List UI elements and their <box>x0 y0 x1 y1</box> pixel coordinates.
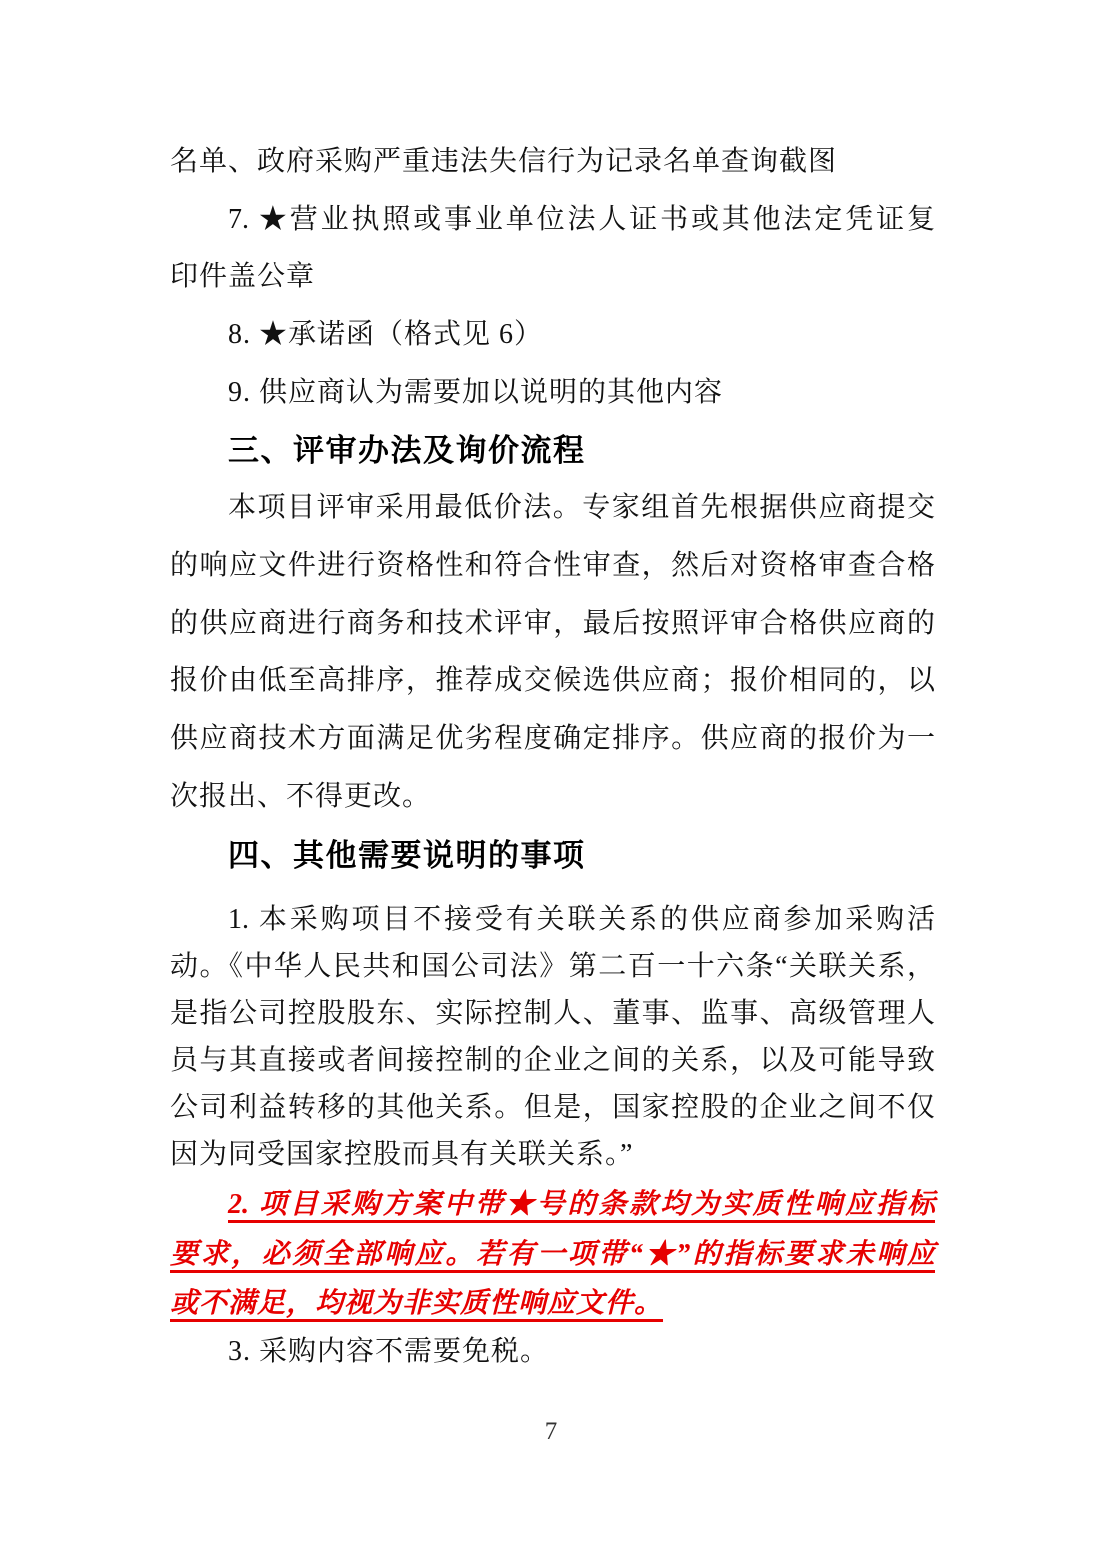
eval-paragraph-line-3: 的供应商进行商务和技术评审，最后按照评审合格供应商的 <box>170 607 935 640</box>
eval-paragraph-line-4: 报价由低至高排序，推荐成交候选供应商；报价相同的，以 <box>170 664 935 697</box>
item-2-red-line-2: 要求，必须全部响应。若有一项带“★”的指标要求未响应 <box>170 1238 935 1271</box>
item-3-line: 3. 采购内容不需要免税。 <box>170 1335 935 1368</box>
item-2-red-line-1: 2. 项目采购方案中带★号的条款均为实质性响应指标 <box>170 1188 935 1221</box>
eval-paragraph-line-5: 供应商技术方面满足优劣程度确定排序。供应商的报价为一 <box>170 722 935 755</box>
item-1-line-4: 员与其直接或者间接控制的企业之间的关系，以及可能导致 <box>170 1044 935 1077</box>
eval-paragraph-line-2: 的响应文件进行资格性和符合性审查，然后对资格审查合格 <box>170 549 935 582</box>
document-page: 名单、政府采购严重违法失信行为记录名单查询截图 7. ★营业执照或事业单位法人证… <box>0 0 1102 1559</box>
list-item-9: 9. 供应商认为需要加以说明的其他内容 <box>170 376 935 409</box>
item-1-line-5: 公司利益转移的其他关系。但是，国家控股的企业之间不仅 <box>170 1091 935 1124</box>
item-2-red-line-1-text: 2. 项目采购方案中带★号的条款均为实质性响应指标 <box>228 1189 935 1220</box>
item-2-red-line-3: 或不满足，均视为非实质性响应文件。 <box>170 1287 935 1320</box>
item-1-line-3: 是指公司控股股东、实际控制人、董事、监事、高级管理人 <box>170 997 935 1030</box>
heading-section-3: 三、评审办法及询价流程 <box>170 433 935 468</box>
list-item-6-continuation: 名单、政府采购严重违法失信行为记录名单查询截图 <box>170 145 935 178</box>
eval-paragraph-line-1: 本项目评审采用最低价法。专家组首先根据供应商提交 <box>170 491 935 524</box>
list-item-7-continuation: 印件盖公章 <box>170 260 935 293</box>
item-2-red-line-3-text: 或不满足，均视为非实质性响应文件。 <box>170 1288 663 1319</box>
heading-section-4: 四、其他需要说明的事项 <box>170 838 935 873</box>
page-number: 7 <box>0 1418 1102 1446</box>
eval-paragraph-line-6: 次报出、不得更改。 <box>170 780 935 813</box>
list-item-8: 8. ★承诺函（格式见 6） <box>170 318 935 351</box>
item-1-line-6: 因为同受国家控股而具有关联关系。” <box>170 1138 935 1171</box>
list-item-7: 7. ★营业执照或事业单位法人证书或其他法定凭证复 <box>170 203 935 236</box>
item-1-line-2: 动。《中华人民共和国公司法》第二百一十六条“关联关系， <box>170 950 935 983</box>
item-1-line-1: 1. 本采购项目不接受有关联关系的供应商参加采购活 <box>170 903 935 936</box>
item-2-red-line-2-text: 要求，必须全部响应。若有一项带“★”的指标要求未响应 <box>170 1239 935 1270</box>
